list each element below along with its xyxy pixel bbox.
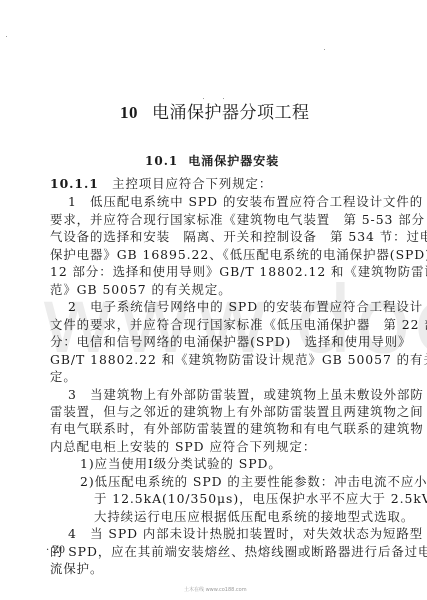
- text-line: 3 当建筑物上有外部防雷装置，或建筑物上虽未敷设外部防: [68, 387, 424, 403]
- text-line: 保护电器》GB 16895.22、《低压配电系统的电涌保护器(SPD) 第: [50, 247, 427, 263]
- chapter-number: 10: [120, 103, 138, 122]
- text-line: 要求，并应符合现行国家标准《建筑物电气装置 第 5-53 部分：电: [50, 212, 427, 228]
- text-line: 1)应当使用Ⅰ级分类试验的 SPD。: [80, 456, 282, 472]
- text-line: 12 部分：选择和使用导则》GB/T 18802.12 和《建筑物防雷设计规: [50, 264, 427, 280]
- text-line: 10.1.1 主控项目应符合下列规定：: [50, 176, 272, 192]
- scan-speck: [6, 36, 7, 37]
- footer-mark: 土木在线 www.co188.com: [184, 586, 247, 593]
- clause-number: 10.1.1: [50, 176, 112, 191]
- text-line: 文件的要求，并应符合现行国家标准《低压电涌保护器 第 22 部: [50, 317, 427, 333]
- text-line: 大持续运行电压应根据低压配电系统的接地型式选取。: [94, 509, 414, 525]
- chapter-title: 10电涌保护器分项工程: [120, 103, 310, 123]
- text-line: 雷装置，但与之邻近的建筑物上有外部防雷装置且两建筑物之间: [50, 404, 424, 420]
- text-line: 有电气联系时，有外部防雷装置的建筑物和有电气联系的建筑物: [50, 421, 424, 437]
- text-line: 的 SPD，应在其前端安装熔丝、热熔线圈或断路器进行后备过电: [50, 544, 427, 560]
- text-line: 范》GB 50057 的有关规定。: [50, 282, 232, 298]
- text-line: GB/T 18802.22 和《建筑物防雷设计规范》GB 50057 的有关规: [50, 352, 427, 368]
- scan-speck: [203, 98, 204, 99]
- text-line: 2 电子系统信号网络中的 SPD 的安装布置应符合工程设计: [68, 299, 423, 315]
- chapter-title-text: 电涌保护器分项工程: [152, 103, 310, 123]
- document-page: www.docin.com 10电涌保护器分项工程 10.1电涌保护器安装 10…: [0, 0, 427, 600]
- section-title-text: 电涌保护器安装: [188, 154, 279, 168]
- page-number: · 20 ·: [46, 545, 71, 557]
- section-number: 10.1: [145, 154, 178, 168]
- scan-speck: [324, 49, 325, 50]
- clause-text: 主控项目应符合下列规定：: [112, 176, 272, 191]
- section-title: 10.1电涌保护器安装: [145, 153, 279, 169]
- text-line: 定。: [50, 369, 77, 385]
- text-line: 流保护。: [50, 561, 103, 577]
- text-line: 分：电信和信号网络的电涌保护器(SPD) 选择和使用导则》: [50, 334, 411, 350]
- text-line: 于 12.5kA(10/350μs)，电压保护水平不应大于 2.5kV，最: [94, 491, 427, 507]
- text-line: 气设备的选择和安装 隔离、开关和控制设备 第 534 节：过电压: [50, 229, 427, 245]
- text-line: 4 当 SPD 内部未设计热脱扣装置时，对失效状态为短路型: [68, 526, 423, 542]
- scan-speck: [223, 98, 224, 99]
- text-line: 2)低压配电系统的 SPD 的主要性能参数：冲击电流不应小: [80, 474, 427, 490]
- text-line: 内总配电柜上安装的 SPD 应符合下列规定：: [50, 439, 316, 455]
- text-line: 1 低压配电系统中 SPD 的安装布置应符合工程设计文件的: [68, 194, 423, 210]
